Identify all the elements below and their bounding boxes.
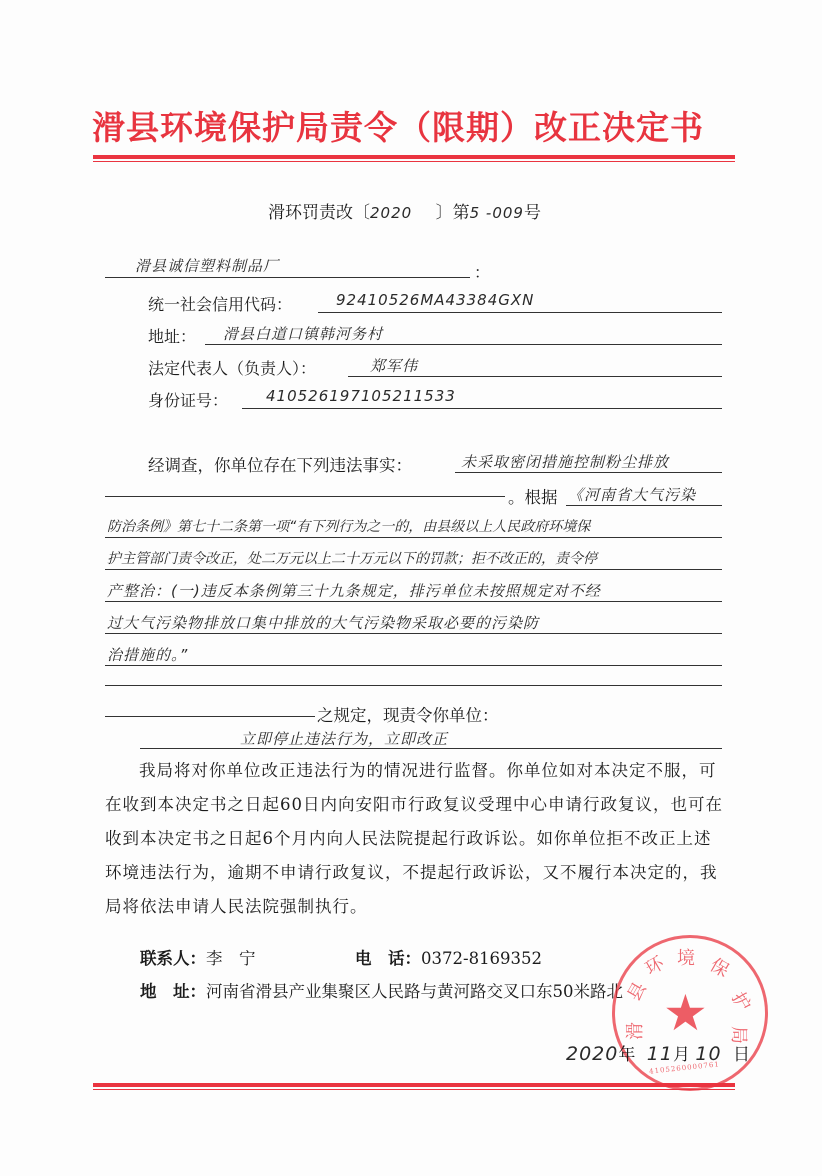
contact-phone-row: 电 话：0372-8169352	[355, 945, 542, 969]
basis-text-2: 护主管部门责令改正，处二万元以上二十万元以下的罚款；拒不改正的，责令停	[107, 548, 597, 568]
document-title: 滑县环境保护局责令（限期）改正决定书	[92, 102, 742, 149]
seal-char: 保	[706, 951, 735, 983]
doc-number-prefix: 滑环罚责改〔	[268, 203, 370, 223]
document-number: 滑环罚责改〔2020 〕第5 -009号	[268, 198, 541, 223]
id-number-field: 410526197105211533	[242, 386, 722, 409]
official-seal: 境 环 保 护 局 县 滑 ★ 4105260000761	[612, 935, 768, 1091]
seal-char: 县	[620, 977, 652, 1006]
contact-address: 河南省滑县产业集聚区人民路与黄河路交叉口东50米路北	[206, 982, 623, 1001]
credit-code-field: 92410526MA43384GXN	[318, 290, 722, 313]
id-number: 410526197105211533	[266, 387, 456, 405]
violation-fact: 未采取密闭措施控制粉尘排放	[461, 451, 669, 472]
contact-person-row: 联系人：李 宁	[140, 945, 256, 969]
year-label: 年	[618, 1045, 635, 1065]
contact-person: 李 宁	[206, 949, 256, 968]
footer-rule-thin	[93, 1089, 735, 1090]
basis-line-2: 护主管部门责令改正，处二万元以上二十万元以下的罚款；拒不改正的，责令停	[105, 547, 722, 570]
order-text: 立即停止违法行为，立即改正	[240, 728, 448, 749]
contact-phone-label: 电 话：	[355, 949, 421, 968]
order-label: 之规定，现责令你单位：	[317, 702, 499, 726]
footer-rule-thick	[93, 1083, 735, 1087]
basis-line-3: 产整治：(一)违反本条例第三十九条规定，排污单位未按照规定对不经	[105, 579, 722, 602]
legal-rep-field: 郑军伟	[348, 354, 722, 377]
seal-char: 环	[640, 949, 669, 981]
doc-number-suffix: 号	[524, 203, 541, 223]
legal-rep-label: 法定代表人（负责人）：	[148, 356, 316, 379]
basis-line-1: 防治条例》第七十二条第一项“有下列行为之一的，由县级以上人民政府环境保	[105, 515, 722, 538]
contact-person-label: 联系人：	[140, 949, 206, 968]
party-name: 滑县诚信塑料制品厂	[135, 255, 279, 276]
credit-code-label: 统一社会信用代码：	[148, 292, 292, 315]
header-rule-thin	[93, 161, 735, 162]
basis-text-1: 防治条例》第七十二条第一项“有下列行为之一的，由县级以上人民政府环境保	[107, 516, 590, 536]
order-field: 立即停止违法行为，立即改正	[140, 728, 722, 749]
sign-day: 10	[695, 1043, 721, 1065]
facts-field: 未采取密闭措施控制粉尘排放	[455, 450, 722, 473]
address-label: 地址：	[148, 324, 196, 347]
id-number-label: 身份证号：	[148, 388, 228, 411]
facts-intro: 经调查，你单位存在下列违法事实：	[148, 452, 412, 476]
blank-line	[105, 675, 722, 686]
contact-phone: 0372-8169352	[421, 949, 542, 968]
basis-text-0: 《河南省大气污染	[568, 484, 696, 505]
doc-serial: 5 -009	[470, 204, 524, 222]
doc-year: 2020	[370, 204, 412, 222]
basis-text-5: 治措施的。”	[107, 644, 188, 665]
doc-number-mid: 〕第	[436, 203, 470, 223]
basis-label: 。根据	[508, 484, 558, 508]
facts-blank-line	[105, 474, 505, 497]
seal-char: 境	[677, 944, 695, 970]
party-address: 滑县白道口镇韩河务村	[223, 323, 383, 344]
signature-date: 2020年 11月 10 日	[566, 1040, 750, 1065]
order-lead-line	[105, 700, 315, 717]
basis-line-4: 过大气污染物排放口集中排放的大气污染物采取必要的污染防	[105, 611, 722, 634]
header-rule-thick	[93, 155, 735, 159]
seal-char: 滑	[621, 1022, 647, 1040]
sign-month: 11	[647, 1043, 673, 1065]
contact-address-row: 地 址：河南省滑县产业集聚区人民路与黄河路交叉口东50米路北	[140, 978, 623, 1002]
legal-rep: 郑军伟	[370, 355, 418, 376]
seal-char: 护	[726, 987, 758, 1016]
basis-line-0: 《河南省大气污染	[566, 483, 722, 506]
notice-paragraph: 我局将对你单位改正违法行为的情况进行监督。你单位如对本决定不服，可在收到本决定书…	[105, 754, 727, 924]
address-field: 滑县白道口镇韩河务村	[205, 322, 722, 345]
month-label: 月	[673, 1045, 690, 1065]
party-colon: ：	[474, 260, 490, 283]
basis-text-3: 产整治：(一)违反本条例第三十九条规定，排污单位未按照规定对不经	[107, 580, 601, 601]
party-name-field: 滑县诚信塑料制品厂	[105, 255, 470, 278]
credit-code: 92410526MA43384GXN	[336, 291, 534, 309]
contact-address-label: 地 址：	[140, 982, 206, 1001]
star-icon: ★	[663, 988, 708, 1038]
basis-text-4: 过大气污染物排放口集中排放的大气污染物采取必要的污染防	[107, 612, 539, 633]
day-label: 日	[733, 1045, 750, 1065]
basis-line-5: 治措施的。”	[105, 643, 722, 666]
sign-year: 2020	[566, 1043, 618, 1065]
